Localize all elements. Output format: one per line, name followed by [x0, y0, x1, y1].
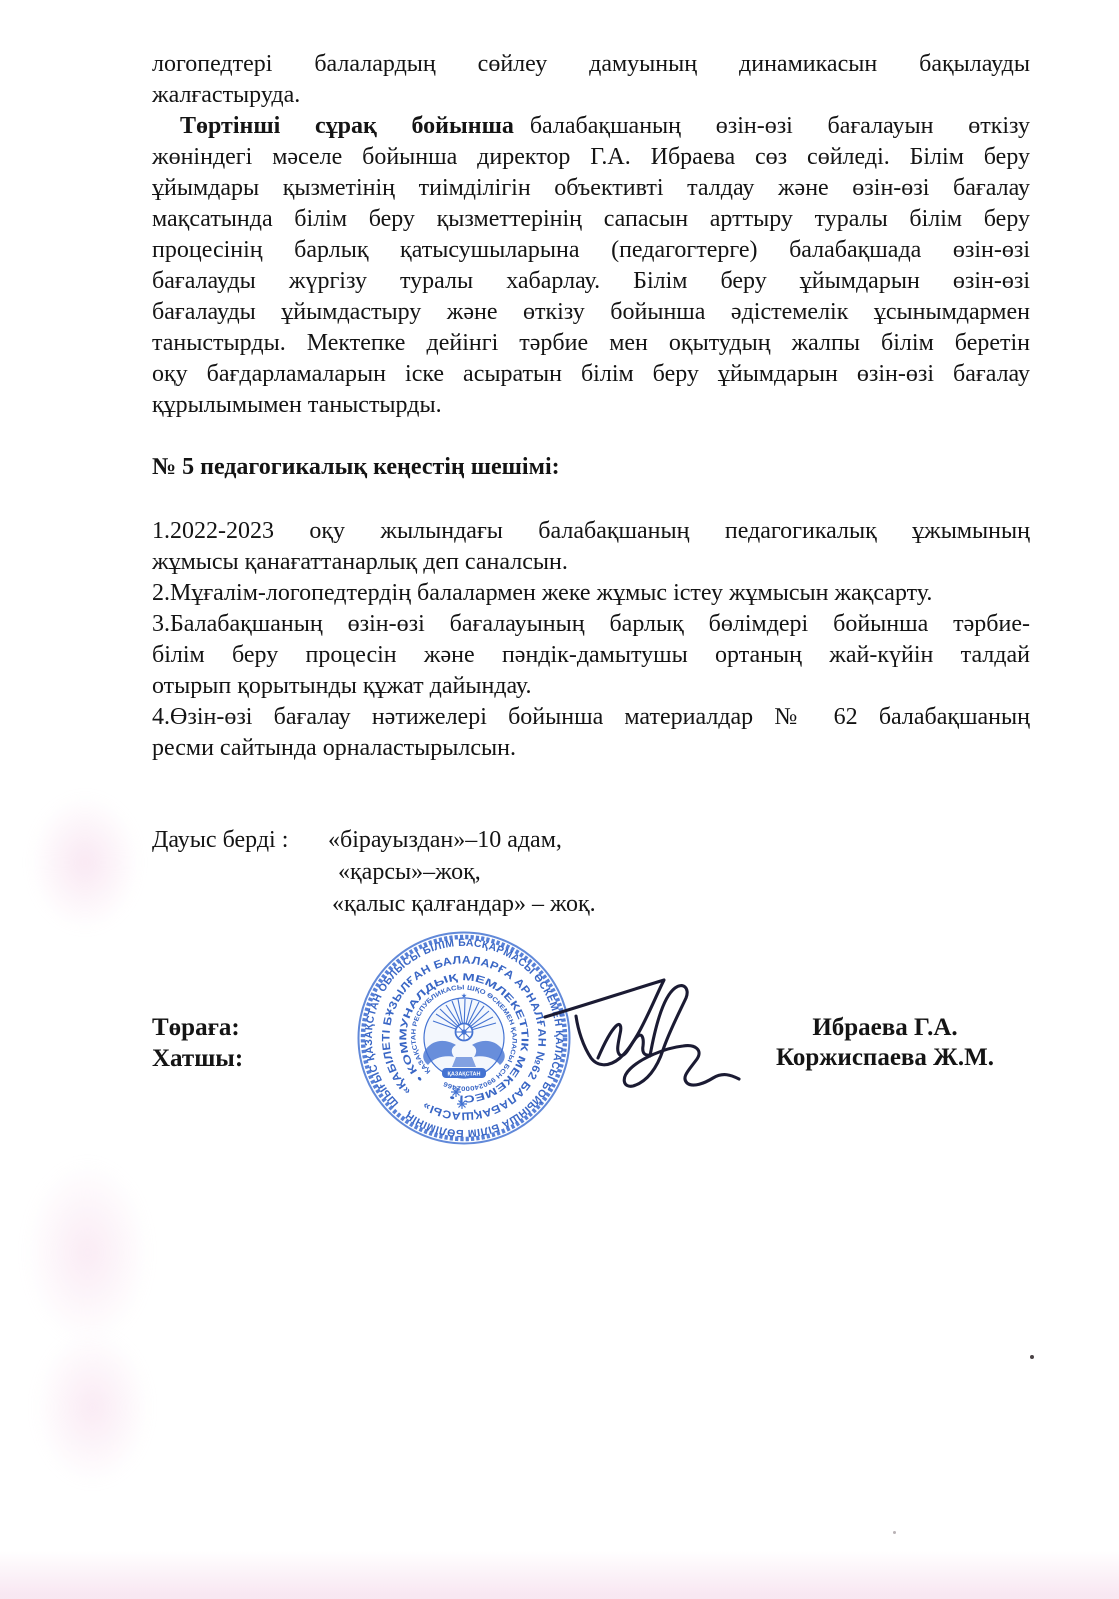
- scan-smudge: [35, 1330, 150, 1485]
- role-secretary: Хатшы:: [152, 1043, 243, 1074]
- text-line: 1.2022-2023 оқу жылындағы балабақшаның п…: [152, 516, 1030, 547]
- text-line: ұйымдары қызметінің тиімділігін объектив…: [152, 173, 1030, 204]
- text-line: 2.Мұғалім-логопедтердің балалармен жеке …: [152, 578, 1030, 609]
- text-line: «бірауыздан»–10 адам,: [328, 824, 748, 856]
- scan-edge-artifact: [0, 1551, 1119, 1599]
- ink-speck: [1030, 1355, 1034, 1359]
- voting-values: «бірауыздан»–10 адам, «қарсы»–жоқ, «қалы…: [328, 824, 748, 920]
- text-line: Төртінші сұрақ бойыншабалабақшаның өзін-…: [152, 111, 1030, 142]
- name-chair: Ибраева Г.А.: [752, 1013, 1018, 1043]
- paragraph-fourth-question: Төртінші сұрақ бойыншабалабақшаның өзін-…: [152, 111, 1030, 421]
- text-line: білім беру процесін және пәндік-дамытушы…: [152, 640, 1030, 671]
- scan-smudge: [30, 795, 140, 930]
- voting-results: Дауыс берді : «бірауыздан»–10 адам, «қар…: [152, 824, 288, 856]
- document-page: логопедтері балалардың сөйлеу дамуының д…: [0, 0, 1119, 1599]
- ink-speck: [893, 1531, 896, 1534]
- kazakhstan-emblem: ҚАЗАҚСТАН ★: [423, 992, 505, 1078]
- text-line: жалғастыруда.: [152, 80, 1030, 111]
- fourth-question-lead: Төртінші сұрақ бойынша: [180, 113, 514, 139]
- text-line: оқу бағдарламаларын іске асыратын білім …: [152, 359, 1030, 390]
- text-line: «қарсы»–жоқ,: [328, 856, 748, 888]
- text-line: таныстырды. Мектепке дейінгі тәрбие мен …: [152, 328, 1030, 359]
- text-line: ресми сайтында орналастырылсын.: [152, 733, 1030, 764]
- text-line: жөніндегі мәселе бойынша директор Г.А. И…: [152, 142, 1030, 173]
- decision-heading: № 5 педагогикалық кеңестің шешімі:: [152, 454, 560, 481]
- text-line: мақсатында білім беру қызметтерінің сапа…: [152, 204, 1030, 235]
- scan-smudge: [25, 1160, 150, 1345]
- text-line: 3.Балабақшаның өзін-өзі бағалауының барл…: [152, 609, 1030, 640]
- text-line: отырып қорытынды құжат дайындау.: [152, 671, 1030, 702]
- voting-label: Дауыс берді :: [152, 824, 288, 856]
- signee-names: Ибраева Г.А. Коржиспаева Ж.М.: [752, 1013, 1018, 1073]
- text-line: бағалауды ұйымдастыру және өткізу бойынш…: [152, 297, 1030, 328]
- scan-edge-artifact: [0, 1568, 650, 1599]
- text-line: бағалауды жүргізу туралы хабарлау. Білім…: [152, 266, 1030, 297]
- text-line: құрылымымен таныстырды.: [152, 390, 1030, 421]
- text-line: логопедтері балалардың сөйлеу дамуының д…: [152, 49, 1030, 80]
- emblem-star-icon: ★: [461, 992, 467, 1000]
- paragraph-intro: логопедтері балалардың сөйлеу дамуының д…: [152, 49, 1030, 111]
- text-line: жұмысы қанағаттанарлық деп саналсын.: [152, 547, 1030, 578]
- signature-roles: Төраға: Хатшы:: [152, 1012, 243, 1074]
- stamp-banner-text: ҚАЗАҚСТАН: [448, 1072, 481, 1078]
- text-line: «қалыс қалғандар» – жоқ.: [328, 888, 748, 920]
- text-line: процесінің барлық қатысушыларына (педаго…: [152, 235, 1030, 266]
- text-line: 4.Өзін-өзі бағалау нәтижелері бойынша ма…: [152, 702, 1030, 733]
- signature: [530, 940, 760, 1100]
- name-secretary: Коржиспаева Ж.М.: [752, 1043, 1018, 1073]
- decision-items: 1.2022-2023 оқу жылындағы балабақшаның п…: [152, 516, 1030, 764]
- role-chair: Төраға:: [152, 1012, 243, 1043]
- text-run: балабақшаның өзін-өзі бағалауын өткізу: [530, 113, 1030, 139]
